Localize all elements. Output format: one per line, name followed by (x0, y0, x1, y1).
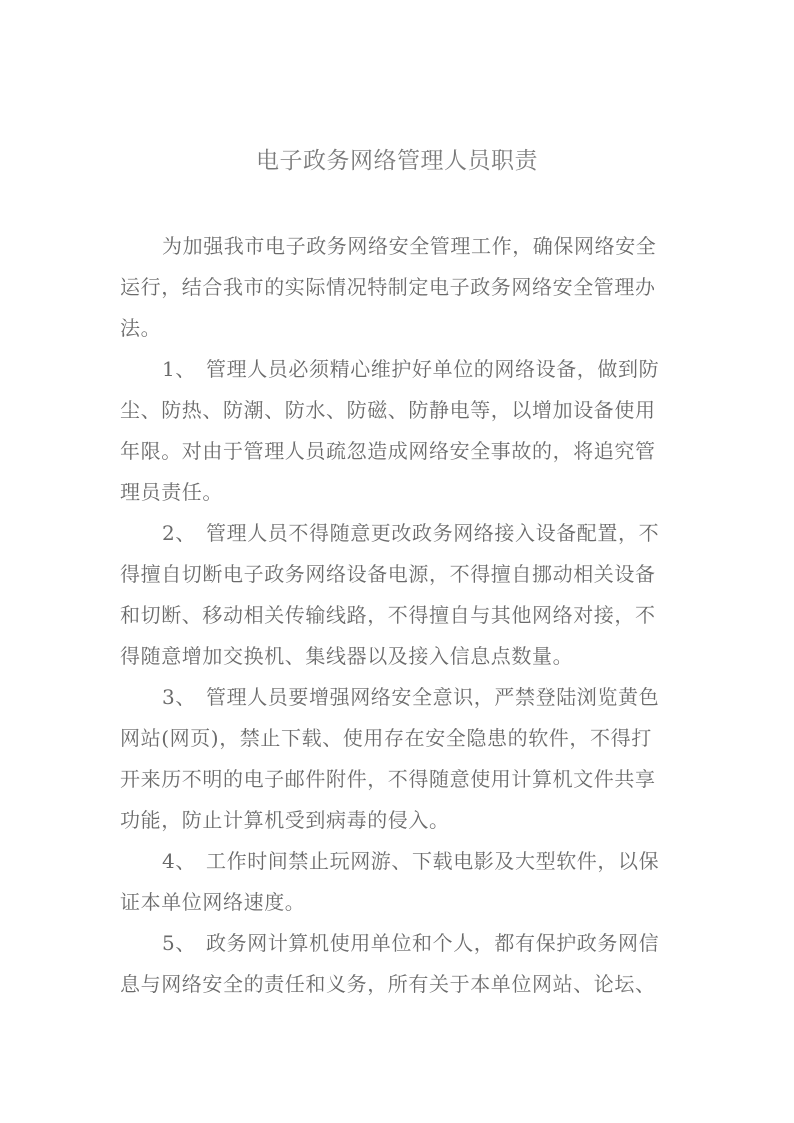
item-number: 4、 (162, 841, 206, 882)
paragraph-item-5: 5、政务网计算机使用单位和个人，都有保护政务网信 息与网络安全的责任和义务，所有… (120, 923, 668, 1005)
item-number: 5、 (162, 923, 206, 964)
text-line: 4、工作时间禁止玩网游、下载电影及大型软件，以保 (120, 841, 668, 882)
text-line-content: 管理人员要增强网络安全意识，严禁登陆浏览黄色 (206, 685, 659, 709)
text-line: 和切断、移动相关传输线路，不得擅自与其他网络对接，不 (120, 595, 668, 636)
text-line: 运行，结合我市的实际情况特制定电子政务网络安全管理办 (120, 267, 668, 308)
text-line: 网站(网页)，禁止下载、使用存在安全隐患的软件，不得打 (120, 718, 668, 759)
text-line: 5、政务网计算机使用单位和个人，都有保护政务网信 (120, 923, 668, 964)
item-number: 3、 (162, 677, 206, 718)
text-line: 尘、防热、防潮、防水、防磁、防静电等，以增加设备使用 (120, 390, 668, 431)
text-line: 法。 (120, 308, 668, 349)
text-line-content: 管理人员不得随意更改政务网络接入设备配置，不 (206, 521, 659, 545)
text-line-content: 政务网计算机使用单位和个人，都有保护政务网信 (206, 931, 659, 955)
paragraph-intro: 为加强我市电子政务网络安全管理工作，确保网络安全 运行，结合我市的实际情况特制定… (120, 226, 668, 349)
paragraph-item-4: 4、工作时间禁止玩网游、下载电影及大型软件，以保 证本单位网络速度。 (120, 841, 668, 923)
item-number: 2、 (162, 513, 206, 554)
text-line: 得擅自切断电子政务网络设备电源，不得擅自挪动相关设备 (120, 554, 668, 595)
item-number: 1、 (162, 349, 206, 390)
text-line: 开来历不明的电子邮件附件，不得随意使用计算机文件共享 (120, 759, 668, 800)
paragraph-item-2: 2、管理人员不得随意更改政务网络接入设备配置，不 得擅自切断电子政务网络设备电源… (120, 513, 668, 677)
text-line-content: 工作时间禁止玩网游、下载电影及大型软件，以保 (206, 849, 659, 873)
text-line: 为加强我市电子政务网络安全管理工作，确保网络安全 (120, 226, 668, 267)
paragraph-item-3: 3、管理人员要增强网络安全意识，严禁登陆浏览黄色 网站(网页)，禁止下载、使用存… (120, 677, 668, 841)
text-line: 年限。对由于管理人员疏忽造成网络安全事故的，将追究管 (120, 431, 668, 472)
document-body: 为加强我市电子政务网络安全管理工作，确保网络安全 运行，结合我市的实际情况特制定… (120, 226, 668, 1005)
document-title: 电子政务网络管理人员职责 (0, 142, 794, 175)
text-line: 1、管理人员必须精心维护好单位的网络设备，做到防 (120, 349, 668, 390)
document-page: 电子政务网络管理人员职责 为加强我市电子政务网络安全管理工作，确保网络安全 运行… (0, 0, 794, 1123)
text-line: 2、管理人员不得随意更改政务网络接入设备配置，不 (120, 513, 668, 554)
paragraph-item-1: 1、管理人员必须精心维护好单位的网络设备，做到防 尘、防热、防潮、防水、防磁、防… (120, 349, 668, 513)
text-line: 理员责任。 (120, 472, 668, 513)
text-line: 得随意增加交换机、集线器以及接入信息点数量。 (120, 636, 668, 677)
text-line-content: 管理人员必须精心维护好单位的网络设备，做到防 (206, 357, 659, 381)
text-line: 功能，防止计算机受到病毒的侵入。 (120, 800, 668, 841)
text-line: 息与网络安全的责任和义务，所有关于本单位网站、论坛、 (120, 964, 668, 1005)
text-line: 证本单位网络速度。 (120, 882, 668, 923)
text-line: 3、管理人员要增强网络安全意识，严禁登陆浏览黄色 (120, 677, 668, 718)
